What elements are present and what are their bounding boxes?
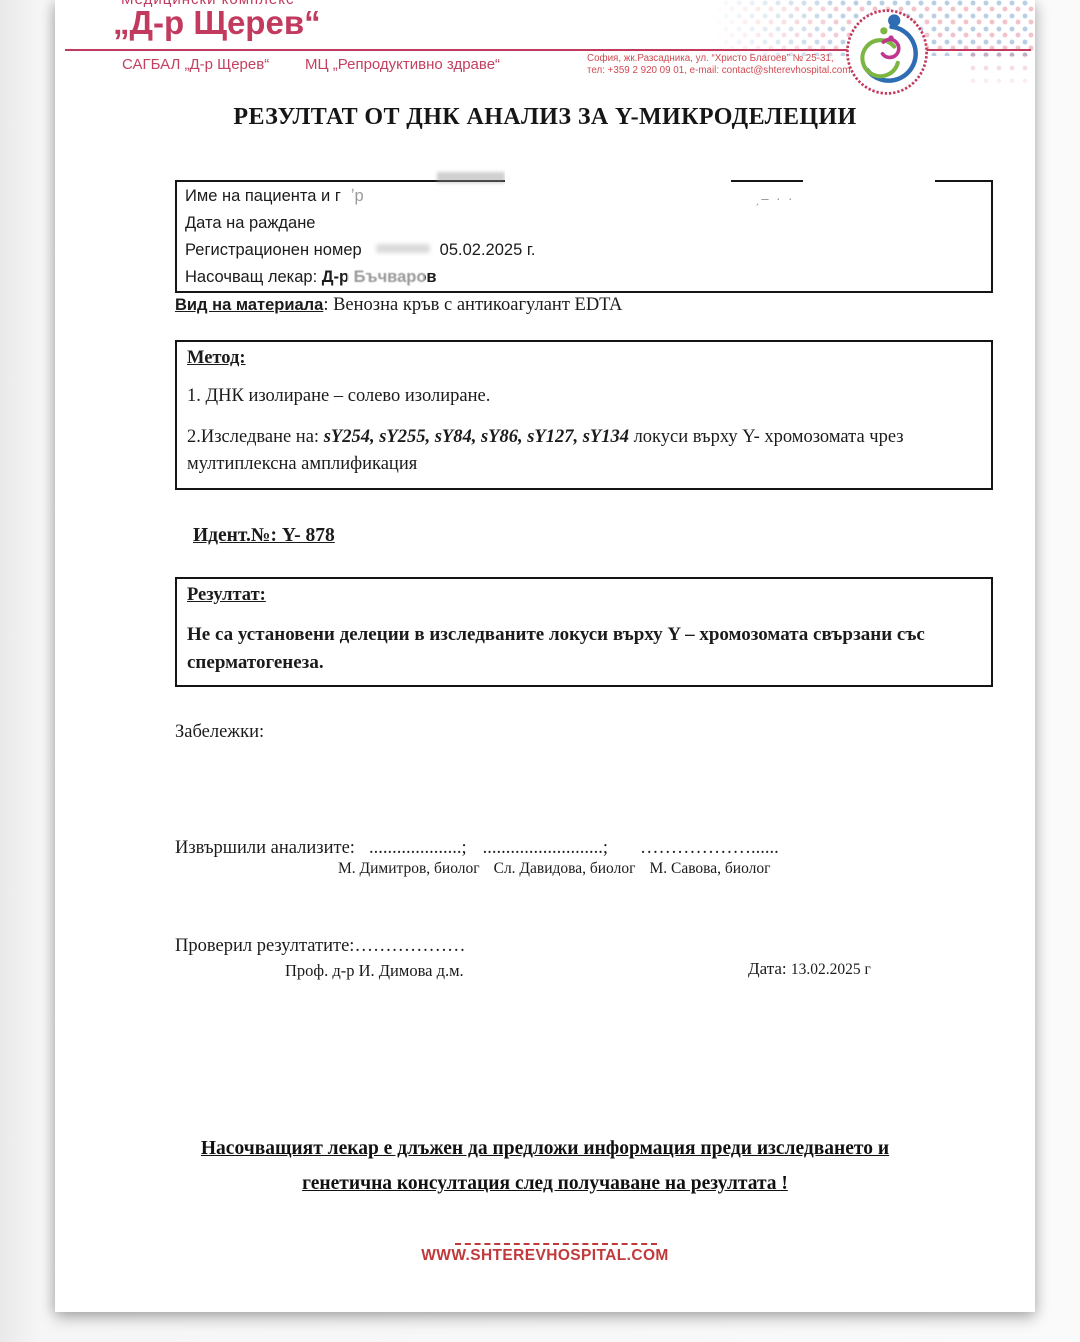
method-step-2: 2.Изследване на: sY254, sY255, sY84, sY8… [187,424,977,478]
sample-id: Идент.№: Y- 878 [193,525,335,547]
patient-name-label: Име на пациента и г [185,187,341,205]
hospital-logo-icon [842,2,932,102]
material-line: Вид на материала: Венозна кръв с антикоа… [175,295,622,316]
document-page: Медицински комплекс „Д-р Щерев“ САГБАЛ „… [55,0,1035,1312]
birthdate-label: Дата на раждане [185,214,315,232]
org-unit-mc: МЦ „Репродуктивно здраве“ [305,56,500,73]
result-heading: Резултат: [187,585,266,606]
registration-row: Регистрационен номер05.02.2025 г. [185,241,535,260]
disclaimer-line-2: генетична консултация след получаване на… [302,1173,788,1194]
redaction-white-box [505,170,731,186]
analyst-name-3: М. Савова, биолог [649,860,770,877]
redaction-fade-overlay [347,264,425,287]
org-unit-sagbal: САГБАЛ „Д-р Щерев“ [122,56,269,73]
method-heading: Метод: [187,348,246,369]
patient-name-row: Име на пациента и гʼр [185,187,364,206]
org-address: София, жк.Разсадника, ул. “Христо Благое… [587,53,850,77]
material-label: Вид на материала [175,296,323,314]
patient-info-box: Име на пациента и гʼр ˏ– · · Дата на раж… [175,180,993,293]
method-markers: sY254, sY255, sY84, sY86, sY127, sY134 [324,427,629,447]
disclaimer-line-1: Насочващият лекар е длъжен да предложи и… [201,1138,889,1159]
patient-name-fragment: ʼр [351,187,364,205]
date-label: Дата: [748,959,791,978]
doctor-obligation-notice: Насочващият лекар е длъжен да предложи и… [165,1131,925,1201]
analysts-line: Извършили анализите:....................… [175,838,779,859]
registration-label: Регистрационен номер [185,241,362,259]
signature-dots-2: ..........................; [483,838,608,858]
signature-dots-3: ………………...... [640,838,779,858]
report-date: Дата: 13.02.2025 г [748,959,871,979]
halftone-dots-pattern-right [970,52,1035,94]
org-name: „Д-р Щерев“ [113,4,321,42]
referring-doctor-label: Насочващ лекар: [185,268,322,286]
org-address-line2: тел: +359 2 920 09 01, e-mail: contact@s… [587,65,850,77]
redaction-smudge [376,244,430,253]
date-value: 13.02.2025 г [791,961,871,978]
analyst-name-2: Сл. Давидова, биолог [494,860,636,877]
footer-dashed-divider [455,1243,657,1245]
redaction-gray-patch [437,172,505,183]
analyst-names-line: М. Димитров, биологСл. Давидова, биологМ… [338,860,784,878]
verified-by-label: Проверил резултатите:……………… [175,936,465,957]
method-step-2-prefix: 2.Изследване на: [187,427,324,447]
document-title: РЕЗУЛТАТ ОТ ДНК АНАЛИЗ ЗА Y-МИКРОДЕЛЕЦИИ [55,104,1035,131]
redacted-text-remnant: ˏ– · · [755,191,794,206]
birthdate-row: Дата на раждане [185,214,315,233]
signature-dots-1: ....................; [369,838,467,858]
result-box: Резултат: Не са установени делеции в изс… [175,577,993,687]
org-address-line1: София, жк.Разсадника, ул. “Христо Благое… [587,53,850,65]
material-value: : Венозна кръв с антикоагулант EDTA [323,295,622,315]
method-box: Метод: 1. ДНК изолиране – солево изолира… [175,340,993,490]
analysts-label: Извършили анализите: [175,838,355,858]
hospital-website: WWW.SHTEREVHOSPITAL.COM [55,1247,1035,1265]
redaction-white-box [803,170,935,186]
result-text: Не са установени делеции в изследваните … [187,621,975,677]
method-step-1: 1. ДНК изолиране – солево изолиране. [187,386,490,407]
verifier-name: Проф. д-р И. Димова д.м. [285,961,464,981]
registration-date: 05.02.2025 г. [440,241,536,259]
notes-label: Забележки: [175,722,264,743]
analyst-name-1: М. Димитров, биолог [338,860,480,877]
